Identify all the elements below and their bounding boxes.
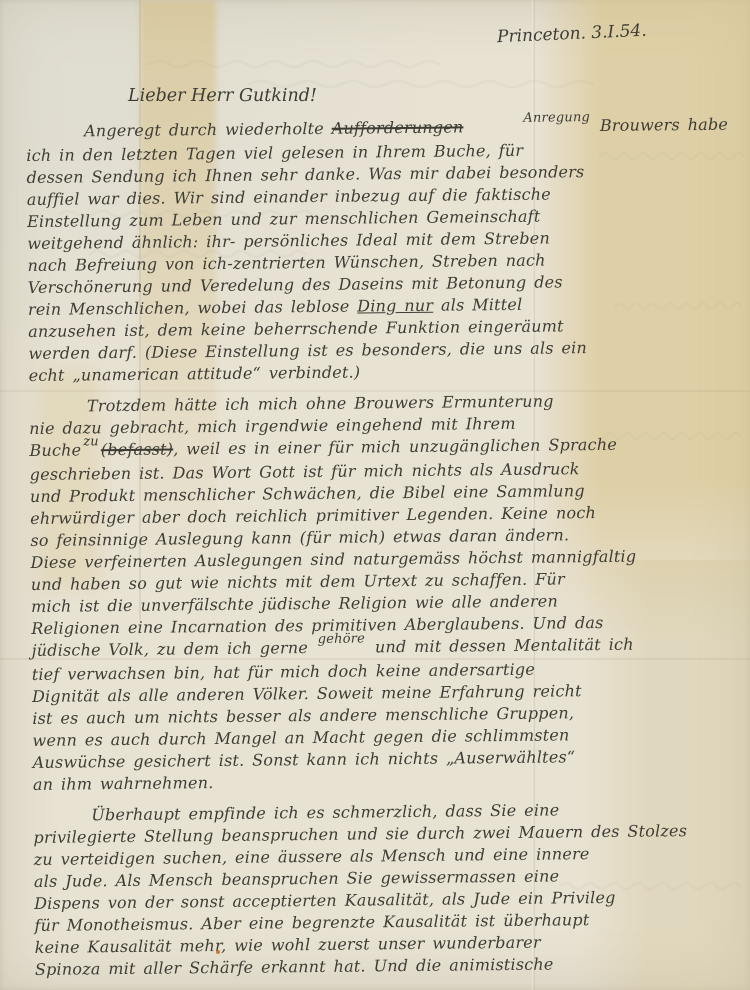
- line-text: jüdische Volk, zu dem ich gerne: [31, 638, 315, 660]
- crossed-out-word: (befasst): [101, 439, 174, 459]
- letter-page: Princeton. 3.I.54. Lieber Herr Gutkind! …: [0, 0, 750, 990]
- line-text: ich in den letzten Tagen viel gelesen in…: [26, 141, 523, 165]
- line-text: Trotzdem hätte ich mich ohne Brouwers Er…: [87, 391, 554, 415]
- line-text: keine Kausalität mehr, wie wohl zuerst u…: [35, 933, 541, 957]
- line-text: Spinoza mit aller Schärfe erkannt hat. U…: [35, 955, 554, 979]
- line-text: und mit dessen Mentalität ich: [367, 635, 634, 657]
- line-text: werden darf. (Diese Einstellung ist es b…: [28, 338, 587, 363]
- inserted-word: Anregung: [465, 107, 590, 130]
- crossed-out-word: Aufforderungen: [332, 117, 464, 137]
- line-text: weitgehend ähnlich: ihr- persönliches Id…: [27, 229, 550, 253]
- line-text: tief verwachsen bin, hat für mich doch k…: [32, 660, 535, 684]
- inserted-word: gehöre: [318, 628, 366, 650]
- line-text: Brouwers habe: [592, 115, 728, 135]
- line-text: rein Menschlichen, wobei das leblose: [28, 297, 357, 319]
- line-text: auffiel war dies. Wir sind einander inbe…: [27, 185, 551, 209]
- letter-paragraph-2: Trotzdem hätte ich mich ohne Brouwers Er…: [29, 389, 739, 796]
- ink-spot: [216, 950, 220, 954]
- underlined-word: Ding nur: [357, 296, 433, 316]
- line-text: Auswüchse gesichert ist. Sonst kann ich …: [33, 747, 576, 772]
- line-text: nie dazu gebracht, mich irgendwie eingeh…: [29, 414, 516, 438]
- line-text: Angeregt durch wiederholte: [84, 119, 332, 141]
- line-text: nach Befreiung von ich-zentrierten Wünsc…: [27, 251, 545, 275]
- line-text: echt „unamerican attitude“ verbindet.): [29, 363, 361, 385]
- letter-paragraph-1: Angeregt durch wiederholte Aufforderunge…: [26, 114, 735, 387]
- inserted-word: zu: [83, 431, 99, 453]
- letter-paragraph-3: Überhaupt empfinde ich es schmerzlich, d…: [33, 798, 741, 981]
- letter-body: Angeregt durch wiederholte Aufforderunge…: [26, 114, 741, 981]
- line-text: Buche: [29, 440, 81, 460]
- letter-salutation: Lieber Herr Gutkind!: [128, 86, 317, 106]
- line-text: als Mittel: [433, 295, 522, 315]
- line-text: Überhaupt empfinde ich es schmerzlich, d…: [91, 800, 559, 824]
- letter-date: Princeton. 3.I.54.: [497, 21, 647, 48]
- line-text: an ihm wahrnehmen.: [33, 773, 214, 794]
- line-text: , weil es in einer für mich unzugänglich…: [173, 435, 617, 459]
- line-text: Einstellung zum Leben und zur menschlich…: [27, 207, 541, 231]
